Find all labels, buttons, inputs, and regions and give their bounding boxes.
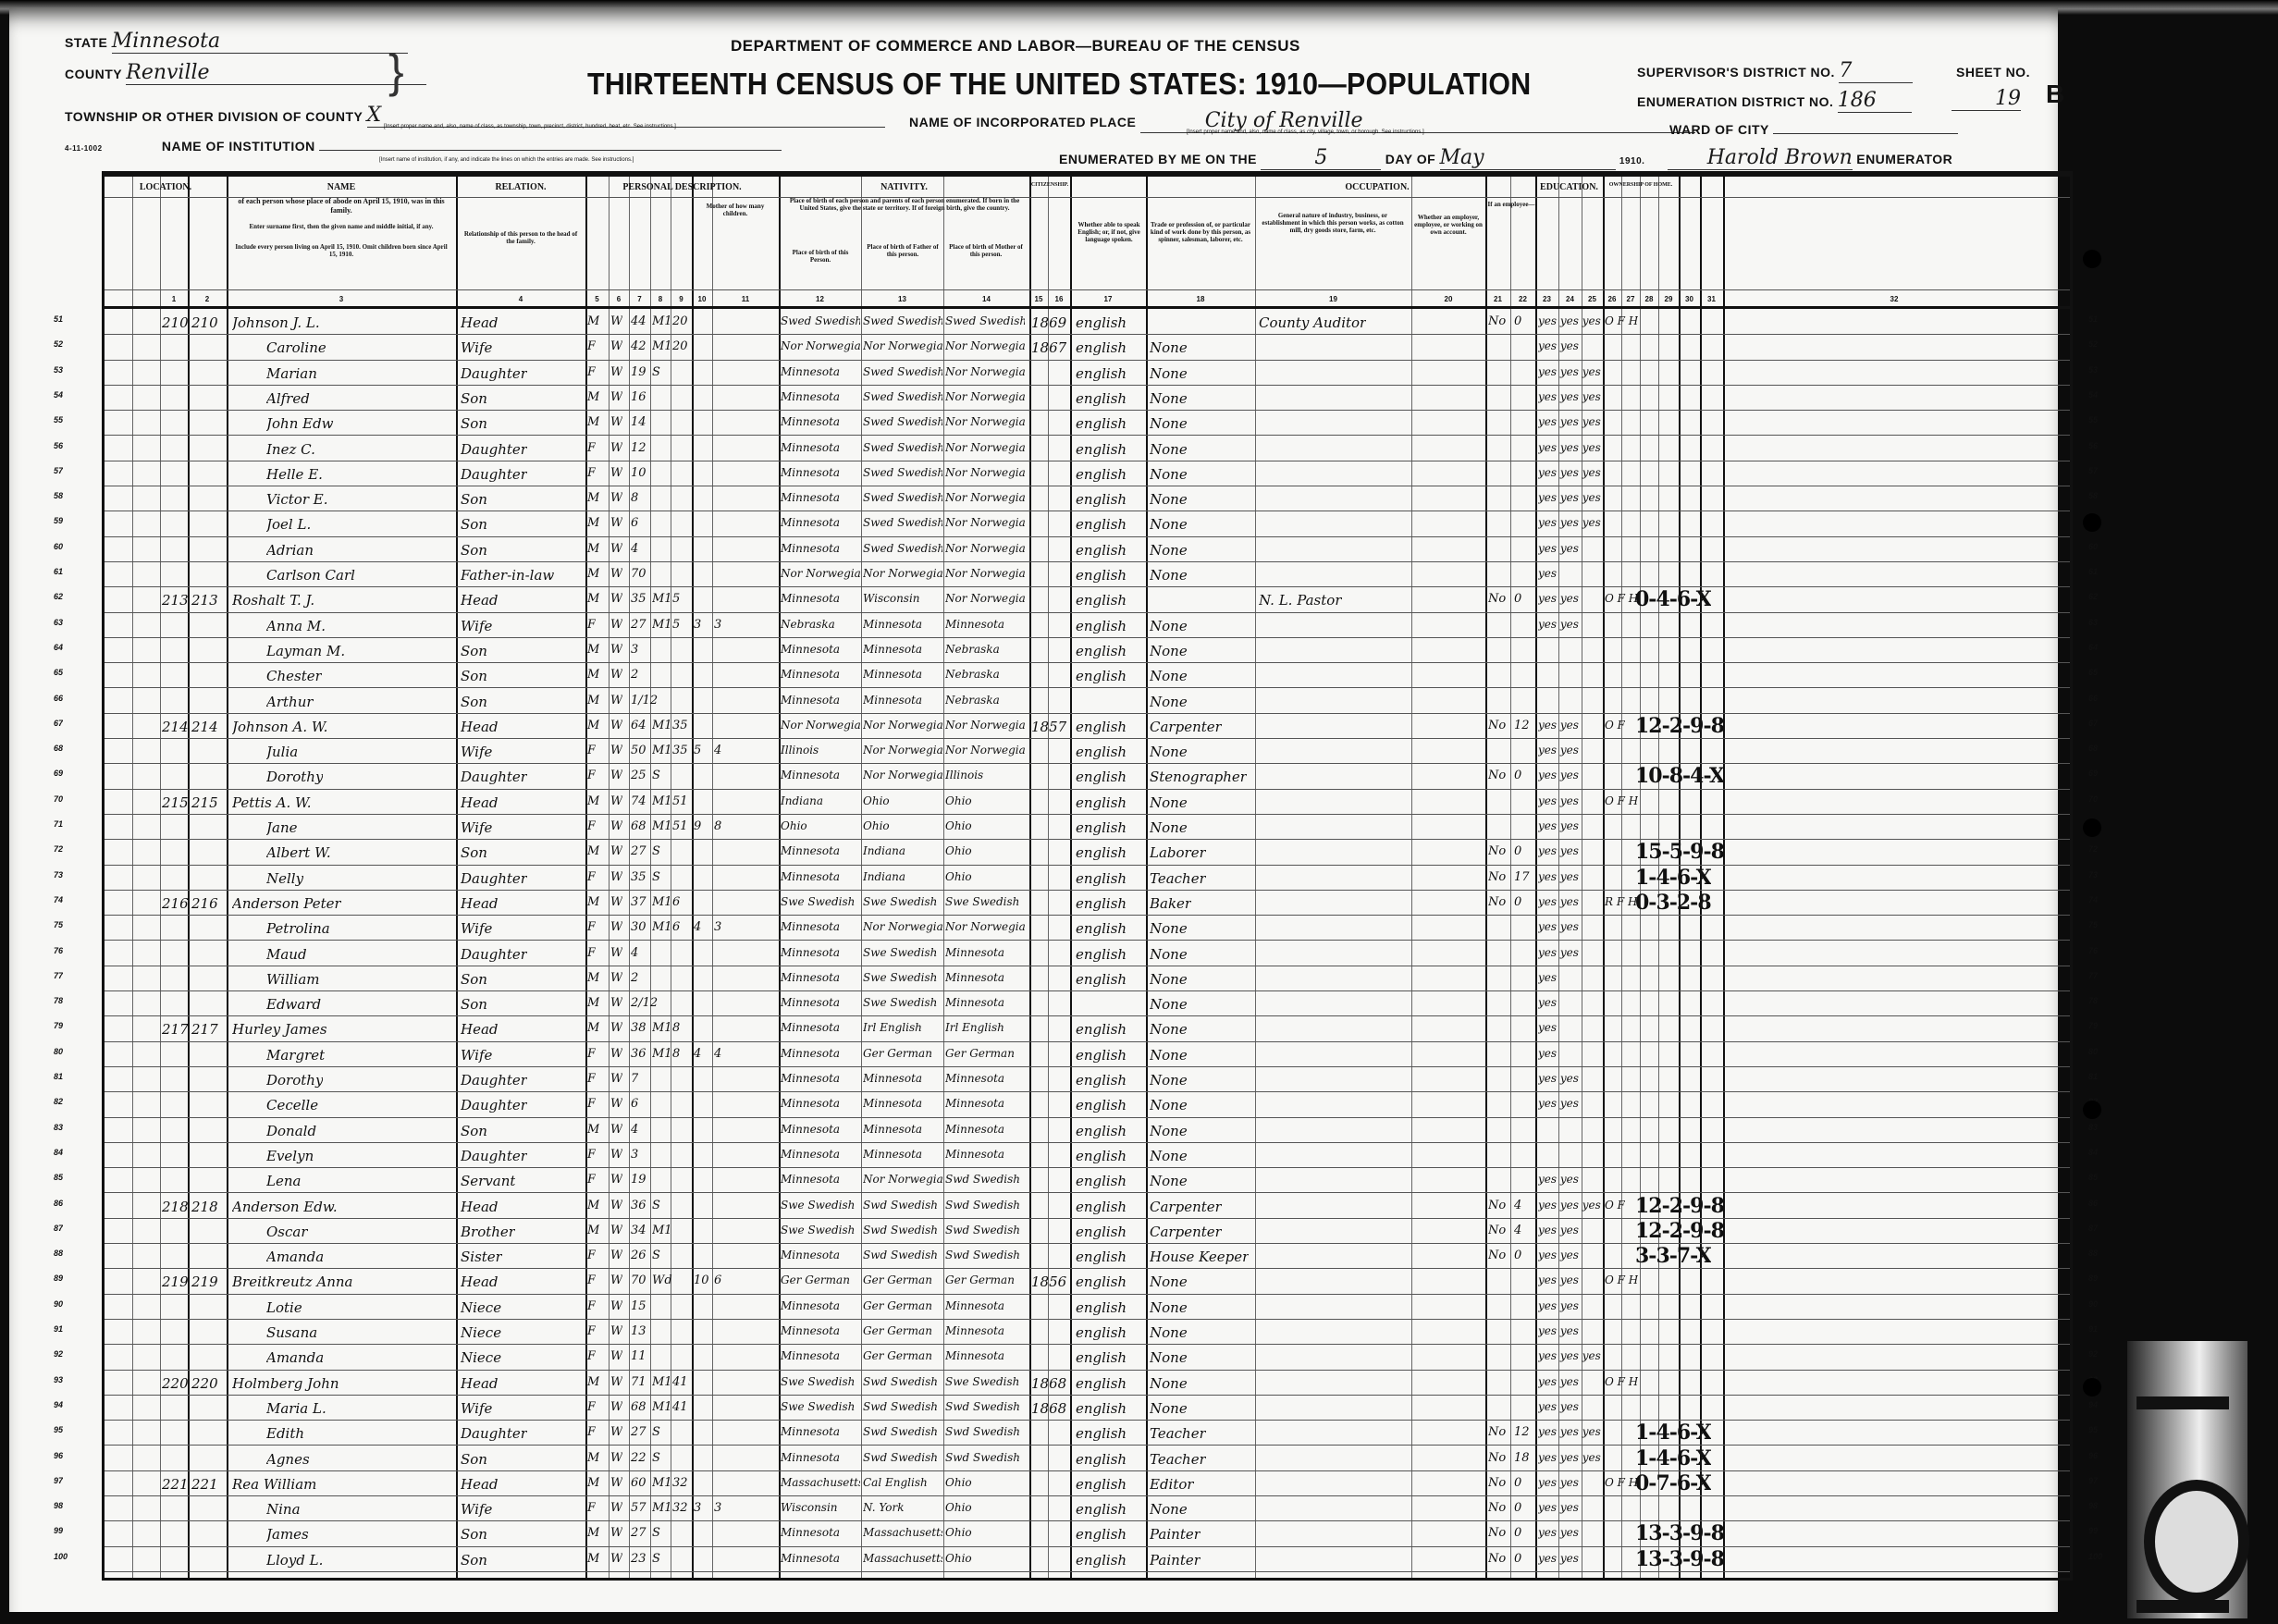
column-number: 14 <box>943 295 1029 303</box>
age: 23 <box>631 1552 646 1566</box>
birthplace-father: Swd Swedish <box>863 1224 942 1236</box>
line-number-right: 80 <box>2088 1047 2098 1056</box>
education: yes yes <box>1538 592 1579 605</box>
column-number: 17 <box>1070 295 1146 303</box>
census-row: 7171JaneWifeFW68M15198OhioOhioOhioenglis… <box>105 815 2070 843</box>
sex: M <box>587 1199 599 1212</box>
person-name: William <box>266 971 320 988</box>
dwelling-number: 210 <box>162 314 189 331</box>
relation: Son <box>461 1451 487 1468</box>
birthplace-person: Minnesota <box>781 1552 860 1565</box>
out-of-work: No <box>1488 895 1506 909</box>
dwelling-number: 216 <box>162 895 189 912</box>
race: W <box>610 1400 622 1414</box>
age: 4 <box>631 1123 638 1137</box>
birthplace-person: Minnesota <box>781 844 860 857</box>
weeks-out-of-work: 0 <box>1514 1476 1521 1490</box>
years-married: 8 <box>672 1021 680 1035</box>
relation: Daughter <box>461 870 527 887</box>
age: 35 <box>631 592 646 606</box>
education: yes yes <box>1538 1552 1579 1565</box>
trade: Carpenter <box>1150 1199 1222 1215</box>
relation: Daughter <box>461 1072 527 1089</box>
marital-status: S <box>652 1249 660 1262</box>
person-name: Julia <box>266 744 298 760</box>
column-number: 6 <box>609 295 629 303</box>
age: 19 <box>631 1173 646 1187</box>
weeks-out-of-work: 0 <box>1514 1552 1521 1566</box>
race: W <box>610 365 622 379</box>
line-number: 79 <box>54 1021 63 1030</box>
education: yes yes yes <box>1538 1349 1601 1362</box>
birthplace-father: Minnesota <box>863 1123 942 1136</box>
language: english <box>1076 542 1127 559</box>
line-number-right: 91 <box>2088 1324 2098 1334</box>
sex: F <box>587 339 596 353</box>
education: yes yes yes <box>1538 365 1601 378</box>
line-number: 99 <box>54 1526 63 1535</box>
header-employer-class: Whether an employer, employee, or workin… <box>1413 214 1484 236</box>
language: english <box>1076 1273 1127 1290</box>
children-living: 4 <box>714 1047 721 1061</box>
birthplace-mother: Nor Norwegian <box>945 365 1025 378</box>
brace: } <box>388 44 404 98</box>
column-number: 10 <box>692 295 712 303</box>
out-of-work: No <box>1488 1476 1506 1490</box>
trade: None <box>1150 365 1188 382</box>
census-row: 9999JamesSonMW27SMinnesotaMassachusettsO… <box>105 1521 2070 1549</box>
line-number-right: 52 <box>2088 339 2098 349</box>
column-number: 21 <box>1485 295 1510 303</box>
line-number-right: 72 <box>2088 844 2098 854</box>
census-row: 7373NellyDaughterFW35SMinnesotaIndianaOh… <box>105 866 2070 893</box>
trade: None <box>1150 1501 1188 1518</box>
age: 27 <box>631 844 646 858</box>
person-name: Agnes <box>266 1451 310 1468</box>
education: yes yes <box>1538 1173 1579 1186</box>
census-row: 5656Inez C.DaughterFW12MinnesotaSwed Swe… <box>105 437 2070 464</box>
column-number: 5 <box>585 295 609 303</box>
industry: County Auditor <box>1259 314 1366 331</box>
punch-hole <box>2083 250 2101 268</box>
language: english <box>1076 365 1127 382</box>
film-frame-marker <box>2127 1341 2247 1618</box>
column-number: 13 <box>861 295 943 303</box>
birthplace-mother: Minnesota <box>945 1148 1025 1161</box>
column-number: 31 <box>1700 295 1723 303</box>
education: yes yes <box>1538 1072 1579 1085</box>
sex: M <box>587 719 599 732</box>
race: W <box>610 1451 622 1465</box>
education: yes yes <box>1538 542 1579 555</box>
marital-status: M1 <box>652 744 672 757</box>
race: W <box>610 1501 622 1515</box>
race: W <box>610 744 622 757</box>
relation: Daughter <box>461 466 527 483</box>
race: W <box>610 1072 622 1086</box>
ward-field: Ward of city <box>1669 122 1958 137</box>
birthplace-father: Minnesota <box>863 1148 942 1161</box>
relation: Niece <box>461 1324 501 1341</box>
trade: Teacher <box>1150 870 1206 887</box>
column-number: 30 <box>1679 295 1700 303</box>
sex: F <box>587 1097 596 1111</box>
person-name: Caroline <box>266 339 326 356</box>
line-number: 78 <box>54 996 63 1005</box>
sheet-side: B <box>2046 80 2064 109</box>
relation: Son <box>461 694 487 710</box>
county-field: County Renville <box>65 61 426 85</box>
ward-value <box>1773 133 1958 134</box>
out-of-work: No <box>1488 1224 1506 1237</box>
trade: None <box>1150 744 1188 760</box>
marital-status: S <box>652 1425 660 1439</box>
age: 68 <box>631 1400 646 1414</box>
sex: M <box>587 314 599 328</box>
occupation-codes: 15-5-9-8 <box>1635 840 1724 864</box>
occupation-codes: 13-3-9-8 <box>1635 1521 1724 1545</box>
race: W <box>610 1173 622 1187</box>
census-row: 9696AgnesSonMW22SMinnesotaSwd SwedishSwd… <box>105 1446 2070 1474</box>
birthplace-father: Minnesota <box>863 1097 942 1110</box>
sex: F <box>587 1249 596 1262</box>
sex: M <box>587 1375 599 1389</box>
birthplace-person: Minnesota <box>781 491 860 504</box>
sex: M <box>587 996 599 1010</box>
out-of-work: No <box>1488 1552 1506 1566</box>
language: english <box>1076 920 1127 937</box>
age: 6 <box>631 516 638 530</box>
education: yes <box>1538 567 1557 580</box>
education: yes yes yes <box>1538 491 1601 504</box>
age: 6 <box>631 1097 638 1111</box>
language: english <box>1076 895 1127 912</box>
birthplace-mother: Nor Norwegian <box>945 920 1025 933</box>
person-name: Evelyn <box>266 1148 314 1164</box>
birthplace-mother: Nor Norwegian <box>945 744 1025 757</box>
occupation-codes: 1-4-6-X <box>1635 866 1711 890</box>
person-name: Oscar <box>266 1224 308 1240</box>
trade: None <box>1150 618 1188 634</box>
weeks-out-of-work: 0 <box>1514 1526 1521 1540</box>
marital-status: M1 <box>652 1476 672 1490</box>
relation: Daughter <box>461 1425 527 1442</box>
line-number: 62 <box>54 592 63 601</box>
years-married: 6 <box>672 920 680 934</box>
relation: Head <box>461 895 499 912</box>
person-name: Jane <box>266 819 298 836</box>
age: 2/12 <box>631 996 658 1010</box>
birthplace-person: Minnesota <box>781 643 860 656</box>
sex: M <box>587 1552 599 1566</box>
birthplace-mother: Swed Swedish <box>945 314 1025 327</box>
enumerated-year: 1910. <box>1619 156 1645 166</box>
column-number: 19 <box>1255 295 1411 303</box>
birthplace-person: Minnesota <box>781 415 860 428</box>
years-married: 8 <box>672 1047 680 1061</box>
language: english <box>1076 1224 1127 1240</box>
person-name: Holmberg John <box>232 1375 339 1392</box>
birthplace-father: Swe Swedish <box>863 971 942 984</box>
census-row: 7070215215Pettis A. W.HeadMW74M151Indian… <box>105 790 2070 818</box>
line-number: 67 <box>54 719 63 728</box>
birthplace-mother: Minnesota <box>945 996 1025 1009</box>
header-occupation-trade: Trade or profession of, or particular ki… <box>1150 221 1251 243</box>
census-row: 5252CarolineWifeFW42M120Nor NorwegianNor… <box>105 335 2070 363</box>
language: english <box>1076 1173 1127 1189</box>
age: 2 <box>631 668 638 682</box>
occupation-codes: 12-2-9-8 <box>1635 714 1724 738</box>
relation: Son <box>461 415 487 432</box>
birthplace-mother: Ohio <box>945 844 1025 857</box>
punch-hole <box>2083 1101 2101 1119</box>
education: yes yes <box>1538 1273 1579 1286</box>
age: 2 <box>631 971 638 985</box>
marital-status: M1 <box>652 920 672 934</box>
children-living: 6 <box>714 1273 721 1287</box>
birthplace-mother: Ohio <box>945 819 1025 832</box>
children-living: 4 <box>714 744 721 757</box>
age: 27 <box>631 1526 646 1540</box>
line-number-right: 100 <box>2088 1552 2102 1561</box>
marital-status: M1 <box>652 592 672 606</box>
education: yes yes <box>1538 1299 1579 1312</box>
race: W <box>610 819 622 833</box>
trade: None <box>1150 516 1188 533</box>
census-row: 8686218218Anderson Edw.HeadMW36SSwe Swed… <box>105 1194 2070 1222</box>
language: english <box>1076 946 1127 963</box>
person-name: Amanda <box>266 1349 324 1366</box>
line-number: 83 <box>54 1123 63 1132</box>
birthplace-mother: Nor Norwegian <box>945 719 1025 732</box>
occupation-codes: 12-2-9-8 <box>1635 1194 1724 1218</box>
person-name: Victor E. <box>266 491 327 508</box>
person-name: Dorothy <box>266 1072 323 1089</box>
trade: None <box>1150 643 1188 659</box>
line-number: 65 <box>54 668 63 677</box>
out-of-work: No <box>1488 719 1506 732</box>
census-row: 9393220220Holmberg JohnHeadMW71M141Swe S… <box>105 1371 2070 1398</box>
marital-status: M1 <box>652 618 672 632</box>
birthplace-person: Minnesota <box>781 1021 860 1034</box>
line-number-right: 69 <box>2088 769 2098 778</box>
census-row: 8181DorothyDaughterFW7MinnesotaMinnesota… <box>105 1067 2070 1095</box>
race: W <box>610 1224 622 1237</box>
header-education: EDUCATION. <box>1535 182 1603 192</box>
relation: Son <box>461 1123 487 1139</box>
race: W <box>610 1476 622 1490</box>
relation: Head <box>461 1273 499 1290</box>
line-number: 58 <box>54 491 63 500</box>
education: yes yes yes <box>1538 516 1601 529</box>
person-name: Nina <box>266 1501 301 1518</box>
education: yes yes <box>1538 744 1579 757</box>
birthplace-father: Swed Swedish <box>863 542 942 555</box>
out-of-work: No <box>1488 1199 1506 1212</box>
incorporated-place-field: Name of incorporated place City of Renvi… <box>909 109 1695 133</box>
birthplace-father: Swd Swedish <box>863 1451 942 1464</box>
birthplace-father: Nor Norwegian <box>863 744 942 757</box>
sex: F <box>587 441 596 455</box>
birthplace-person: Minnesota <box>781 1299 860 1312</box>
relation: Daughter <box>461 769 527 785</box>
person-name: Adrian <box>266 542 314 559</box>
line-number-right: 65 <box>2088 668 2098 677</box>
sex: F <box>587 1400 596 1414</box>
race: W <box>610 618 622 632</box>
line-number: 76 <box>54 946 63 955</box>
sex: F <box>587 946 596 960</box>
occupation-codes: 0-3-2-8 <box>1635 891 1711 915</box>
birthplace-mother: Nor Norwegian <box>945 390 1025 403</box>
sex: F <box>587 744 596 757</box>
birthplace-person: Minnesota <box>781 1173 860 1186</box>
birthplace-mother: Nor Norwegian <box>945 542 1025 555</box>
birthplace-person: Minnesota <box>781 1349 860 1362</box>
family-number: 220 <box>191 1375 218 1392</box>
weeks-out-of-work: 0 <box>1514 769 1521 782</box>
birthplace-mother: Swe Swedish <box>945 895 1025 908</box>
birthplace-mother: Nor Norwegian <box>945 491 1025 504</box>
age: 27 <box>631 618 646 632</box>
language: english <box>1076 567 1127 584</box>
immigration-year: 1856 <box>1031 1273 1066 1290</box>
birthplace-person: Nebraska <box>781 618 860 631</box>
enumerator-label: Enumerator <box>1856 152 1952 166</box>
line-number: 93 <box>54 1375 63 1384</box>
education: yes yes <box>1538 618 1579 631</box>
race: W <box>610 415 622 429</box>
line-number: 100 <box>54 1552 68 1561</box>
education: yes yes <box>1538 719 1579 732</box>
birthplace-father: Ger German <box>863 1349 942 1362</box>
supervisor-label: Supervisor's District No. <box>1637 65 1835 80</box>
trade: None <box>1150 1047 1188 1064</box>
enumerated-date-field: Enumerated by me on the 5 day of May 191… <box>1059 146 1952 170</box>
census-row: 6666ArthurSonMW1/12MinnesotaMinnesotaNeb… <box>105 689 2070 717</box>
birthplace-person: Massachusetts <box>781 1476 860 1489</box>
sex: M <box>587 390 599 404</box>
marital-status: M1 <box>652 794 672 808</box>
out-of-work: No <box>1488 1451 1506 1465</box>
person-name: Anderson Peter <box>232 895 341 912</box>
birthplace-mother: Nebraska <box>945 643 1025 656</box>
birthplace-mother: Nor Norwegian <box>945 339 1025 352</box>
education: yes yes <box>1538 895 1579 908</box>
sex: M <box>587 542 599 556</box>
header-birthplace-father: Place of birth of Father of this person. <box>864 243 942 258</box>
trade: Painter <box>1150 1552 1201 1569</box>
language: english <box>1076 971 1127 988</box>
birthplace-father: Swed Swedish <box>863 415 942 428</box>
column-number: 3 <box>227 295 456 303</box>
trade: None <box>1150 415 1188 432</box>
line-number: 69 <box>54 769 63 778</box>
race: W <box>610 339 622 353</box>
education: yes yes <box>1538 1501 1579 1514</box>
children-born: 10 <box>694 1273 709 1287</box>
person-name: Susana <box>266 1324 317 1341</box>
education: yes yes yes <box>1538 1199 1601 1212</box>
person-name: Nelly <box>266 870 303 887</box>
header-birthplace-person: Place of birth of this Person. <box>782 249 859 264</box>
sex: M <box>587 971 599 985</box>
birthplace-father: Swed Swedish <box>863 314 942 327</box>
birthplace-mother: Ger German <box>945 1273 1025 1286</box>
line-number: 66 <box>54 694 63 703</box>
census-row: 9898NinaWifeFW57M13233WisconsinN. YorkOh… <box>105 1496 2070 1524</box>
line-number-right: 76 <box>2088 946 2098 955</box>
occupation-codes: 0-7-6-X <box>1635 1471 1711 1495</box>
birthplace-mother: Minnesota <box>945 1097 1025 1110</box>
birthplace-father: Nor Norwegian <box>863 339 942 352</box>
birthplace-person: Minnesota <box>781 592 860 605</box>
column-number: 9 <box>671 295 692 303</box>
institution-label: Name of institution <box>162 139 315 154</box>
birthplace-father: Swd Swedish <box>863 1400 942 1413</box>
weeks-out-of-work: 4 <box>1514 1224 1521 1237</box>
race: W <box>610 542 622 556</box>
census-row: 6161Carlson CarlFather-in-lawMW70Nor Nor… <box>105 562 2070 590</box>
supervisor-district-field: Supervisor's District No. 7 <box>1637 59 1913 83</box>
immigration-year: 1868 <box>1031 1375 1066 1392</box>
marital-status: M1 <box>652 719 672 732</box>
race: W <box>610 1199 622 1212</box>
age: 38 <box>631 1021 646 1035</box>
birthplace-person: Minnesota <box>781 516 860 529</box>
years-married: 51 <box>672 794 688 808</box>
column-number: 11 <box>712 295 779 303</box>
trade: None <box>1150 1148 1188 1164</box>
census-row: 7272Albert W.SonMW27SMinnesotaIndianaOhi… <box>105 840 2070 867</box>
trade: None <box>1150 491 1188 508</box>
column-number: 24 <box>1558 295 1582 303</box>
sex: M <box>587 844 599 858</box>
line-number: 70 <box>54 794 63 804</box>
age: 57 <box>631 1501 646 1515</box>
age: 36 <box>631 1047 646 1061</box>
language: english <box>1076 441 1127 458</box>
state-field: State Minnesota <box>65 30 408 54</box>
education: yes yes yes <box>1538 1451 1601 1464</box>
weeks-out-of-work: 12 <box>1514 719 1530 732</box>
age: 11 <box>631 1349 646 1363</box>
punch-hole <box>2083 513 2101 532</box>
ownership: O F H <box>1605 1476 1638 1489</box>
line-number: 57 <box>54 466 63 475</box>
education: yes yes <box>1538 769 1579 781</box>
language: english <box>1076 1097 1127 1113</box>
ownership: O F H <box>1605 1375 1638 1388</box>
sex: M <box>587 1224 599 1237</box>
line-number-right: 64 <box>2088 643 2098 652</box>
immigration-year: 1867 <box>1031 339 1066 356</box>
line-number: 82 <box>54 1097 63 1106</box>
years-married: 51 <box>672 819 688 833</box>
line-number-right: 88 <box>2088 1249 2098 1258</box>
education: yes yes <box>1538 819 1579 832</box>
out-of-work: No <box>1488 769 1506 782</box>
relation: Wife <box>461 618 492 634</box>
immigration-year: 1868 <box>1031 1400 1066 1417</box>
language: english <box>1076 744 1127 760</box>
education: yes yes yes <box>1538 1425 1601 1438</box>
census-row: 5151210210Johnson J. L.HeadMW44M120Swed … <box>105 310 2070 338</box>
birthplace-person: Ohio <box>781 819 860 832</box>
sex: M <box>587 794 599 808</box>
marital-status: M1 <box>652 314 672 328</box>
occupation-codes: 0-4-6-X <box>1635 587 1711 611</box>
